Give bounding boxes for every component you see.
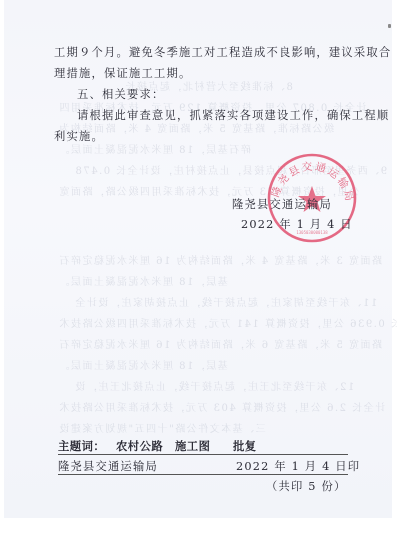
show-through-text: 基层，18 厘米水泥混凝土面层。 xyxy=(58,273,228,288)
divider xyxy=(58,474,348,475)
print-date: 2022 年 1 月 4 日印 xyxy=(236,458,360,474)
issuer-name: 隆尧县交通运输局 xyxy=(232,196,332,212)
section-heading: 五、相关要求： xyxy=(77,86,164,102)
show-through-text: 11、东干线至胡家庄，起点接干线，止点接胡家庄，设计全 xyxy=(74,294,377,309)
keyword-2: 施工图 xyxy=(175,438,210,454)
keywords-label: 主题词： xyxy=(58,438,105,454)
body-line-5: 利实施。 xyxy=(54,128,104,144)
issue-date: 2022 年 1 月 4 日 xyxy=(241,216,353,232)
body-line-1: 工期９个月。避免冬季施工对工程造成不良影响，建议采取合 xyxy=(54,44,391,60)
body-line-4: 请根据此审查意见，抓紧落实各项建设工作，确保工程顺 xyxy=(77,107,389,123)
document-page: 8、标准线至大营村北，起点接长 计全长 0.807 公里，投资概算 129 万元… xyxy=(4,0,392,518)
body-line-2: 理措施，保证施工工期。 xyxy=(54,65,191,81)
show-through-text: 三、基本文件公路"十四五"规划方案建设 xyxy=(58,420,266,435)
keyword-1: 农村公路 xyxy=(116,438,163,454)
show-through-text: 路面宽 5 米，路基宽 6 米，路面结构为 16 厘米水泥稳定碎石 xyxy=(58,336,382,351)
show-through-text: 路面宽 3 米，路基宽 4 米，路面结构为 16 厘米水泥稳定碎石 xyxy=(58,252,382,267)
scan-speck xyxy=(388,24,391,28)
show-through-text: 长 0.936 公里，投资概算 141 万元，技术标准采用四级公路技术 xyxy=(58,315,397,330)
show-through-text: 计全长 2.6 公里，投资概算 403 万元，技术标准采用公路技术 xyxy=(58,399,385,414)
show-through-text: 12、东干线至北王庄，起点接干线，止点接北王庄，设 xyxy=(74,378,354,393)
keyword-3: 批复 xyxy=(233,438,257,454)
show-through-text: 基层，18 厘米水泥混凝土面层。 xyxy=(58,357,228,372)
divider xyxy=(58,454,348,455)
printer-name: 隆尧县交通运输局 xyxy=(58,458,158,474)
copies-count: （共印 5 份） xyxy=(266,478,346,494)
